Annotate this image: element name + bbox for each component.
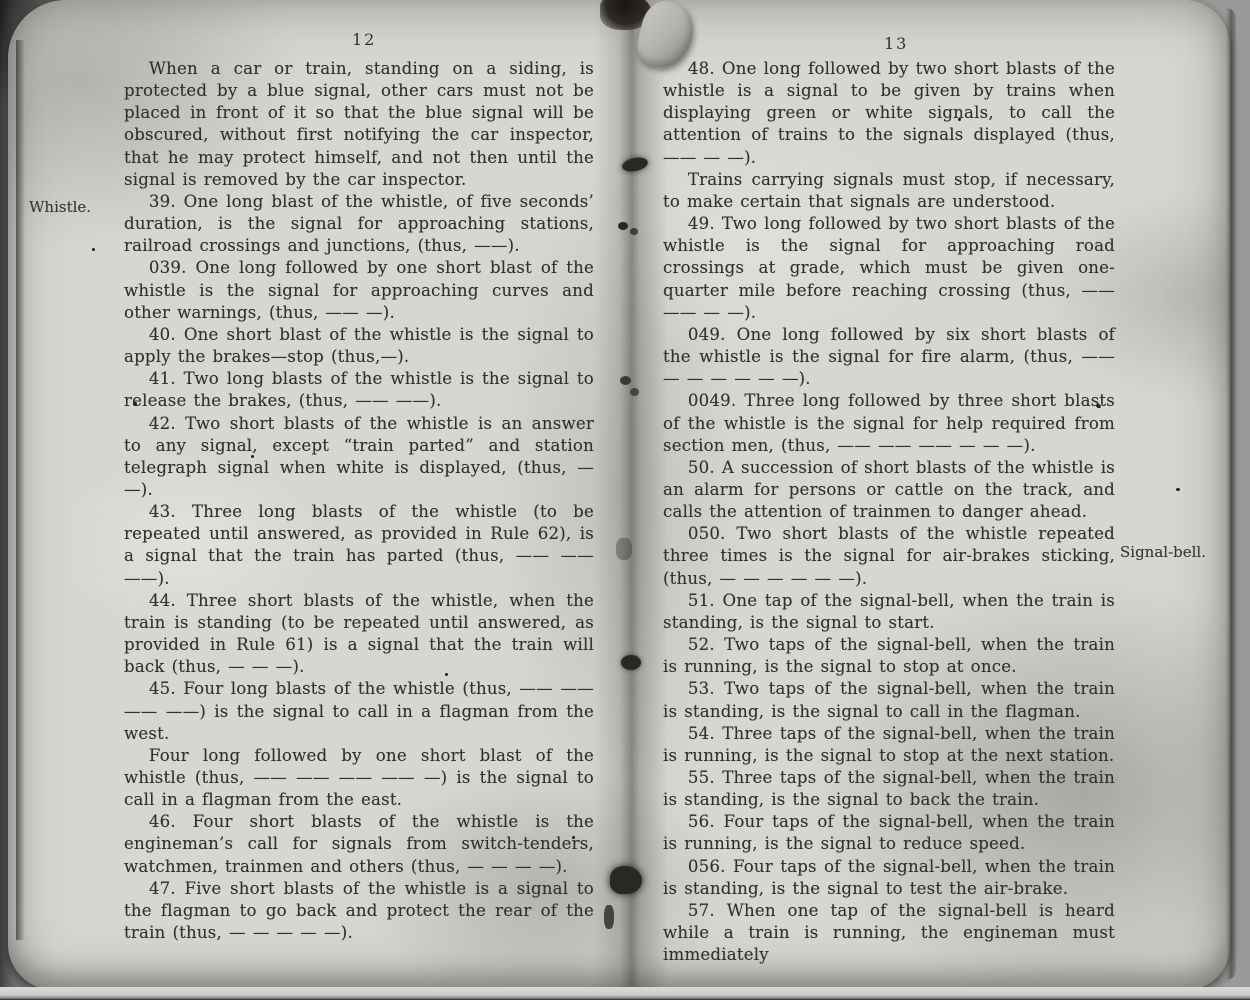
- page-edge-right: [1226, 8, 1236, 980]
- paragraph: 45. Four long blasts of the whistle (thu…: [124, 678, 594, 744]
- scanner-bed-strip: [0, 987, 1250, 1000]
- page-edge-left: [16, 40, 25, 940]
- paragraph: 42. Two short blasts of the whistle is a…: [124, 413, 594, 502]
- paragraph: 050. Two short blasts of the whistle rep…: [663, 523, 1115, 589]
- paragraph: 57. When one tap of the signal-bell is h…: [663, 900, 1115, 966]
- paragraph: Four long followed by one short blast of…: [124, 745, 594, 811]
- paragraph: 056. Four taps of the signal-bell, when …: [663, 856, 1115, 900]
- open-book: 12 When a car or train, standing on a si…: [8, 0, 1230, 990]
- page-number-left: 12: [352, 30, 376, 49]
- paragraph: 47. Five short blasts of the whistle is …: [124, 878, 594, 944]
- paragraph: 43. Three long blasts of the whistle (to…: [124, 501, 594, 590]
- margin-note-signal-bell: Signal-bell.: [1120, 543, 1206, 561]
- page-number-right: 13: [884, 34, 908, 53]
- stitch-mark: [620, 376, 631, 385]
- paragraph: When a car or train, standing on a sidin…: [124, 58, 594, 191]
- paragraph: 54. Three taps of the signal-bell, when …: [663, 723, 1115, 767]
- paragraph: 55. Three taps of the signal-bell, when …: [663, 767, 1115, 811]
- paragraph: 49. Two long followed by two short blast…: [663, 213, 1115, 324]
- page-right-text: 48. One long followed by two short blast…: [663, 58, 1115, 966]
- margin-note-whistle: Whistle.: [29, 198, 91, 216]
- paragraph: 41. Two long blasts of the whistle is th…: [124, 368, 594, 412]
- paper-speck: [958, 118, 961, 121]
- paragraph: 46. Four short blasts of the whistle is …: [124, 811, 594, 877]
- paragraph: 52. Two taps of the signal-bell, when th…: [663, 634, 1115, 678]
- page-left-text: When a car or train, standing on a sidin…: [124, 58, 594, 944]
- paragraph: 039. One long followed by one short blas…: [124, 257, 594, 323]
- paragraph: 0049. Three long followed by three short…: [663, 390, 1115, 456]
- paragraph: 049. One long followed by six short blas…: [663, 324, 1115, 390]
- stitch-mark: [630, 228, 638, 235]
- paragraph: 44. Three short blasts of the whistle, w…: [124, 590, 594, 679]
- book-binding: [594, 0, 668, 990]
- paper-speck: [92, 248, 95, 251]
- paragraph: 39. One long blast of the whistle, of fi…: [124, 191, 594, 257]
- paper-speck: [133, 402, 137, 406]
- book-scan: 12 When a car or train, standing on a si…: [0, 0, 1250, 1000]
- stitch-mark: [610, 866, 642, 894]
- paper-speck: [445, 673, 448, 676]
- paper-speck: [251, 455, 254, 458]
- stitch-mark: [621, 155, 649, 173]
- paper-speck: [572, 836, 575, 839]
- paper-speck: [1176, 488, 1180, 491]
- stitch-mark: [618, 222, 628, 230]
- paragraph: 53. Two taps of the signal-bell, when th…: [663, 678, 1115, 722]
- stitch-mark: [630, 388, 639, 396]
- paragraph: 51. One tap of the signal-bell, when the…: [663, 590, 1115, 634]
- paragraph: Trains carrying signals must stop, if ne…: [663, 169, 1115, 213]
- paragraph: 56. Four taps of the signal-bell, when t…: [663, 811, 1115, 855]
- stitch-mark: [616, 538, 632, 560]
- stitch-mark: [604, 905, 614, 929]
- stitch-mark: [621, 655, 641, 670]
- paragraph: 40. One short blast of the whistle is th…: [124, 324, 594, 368]
- paragraph: 50. A succession of short blasts of the …: [663, 457, 1115, 523]
- paragraph: 48. One long followed by two short blast…: [663, 58, 1115, 169]
